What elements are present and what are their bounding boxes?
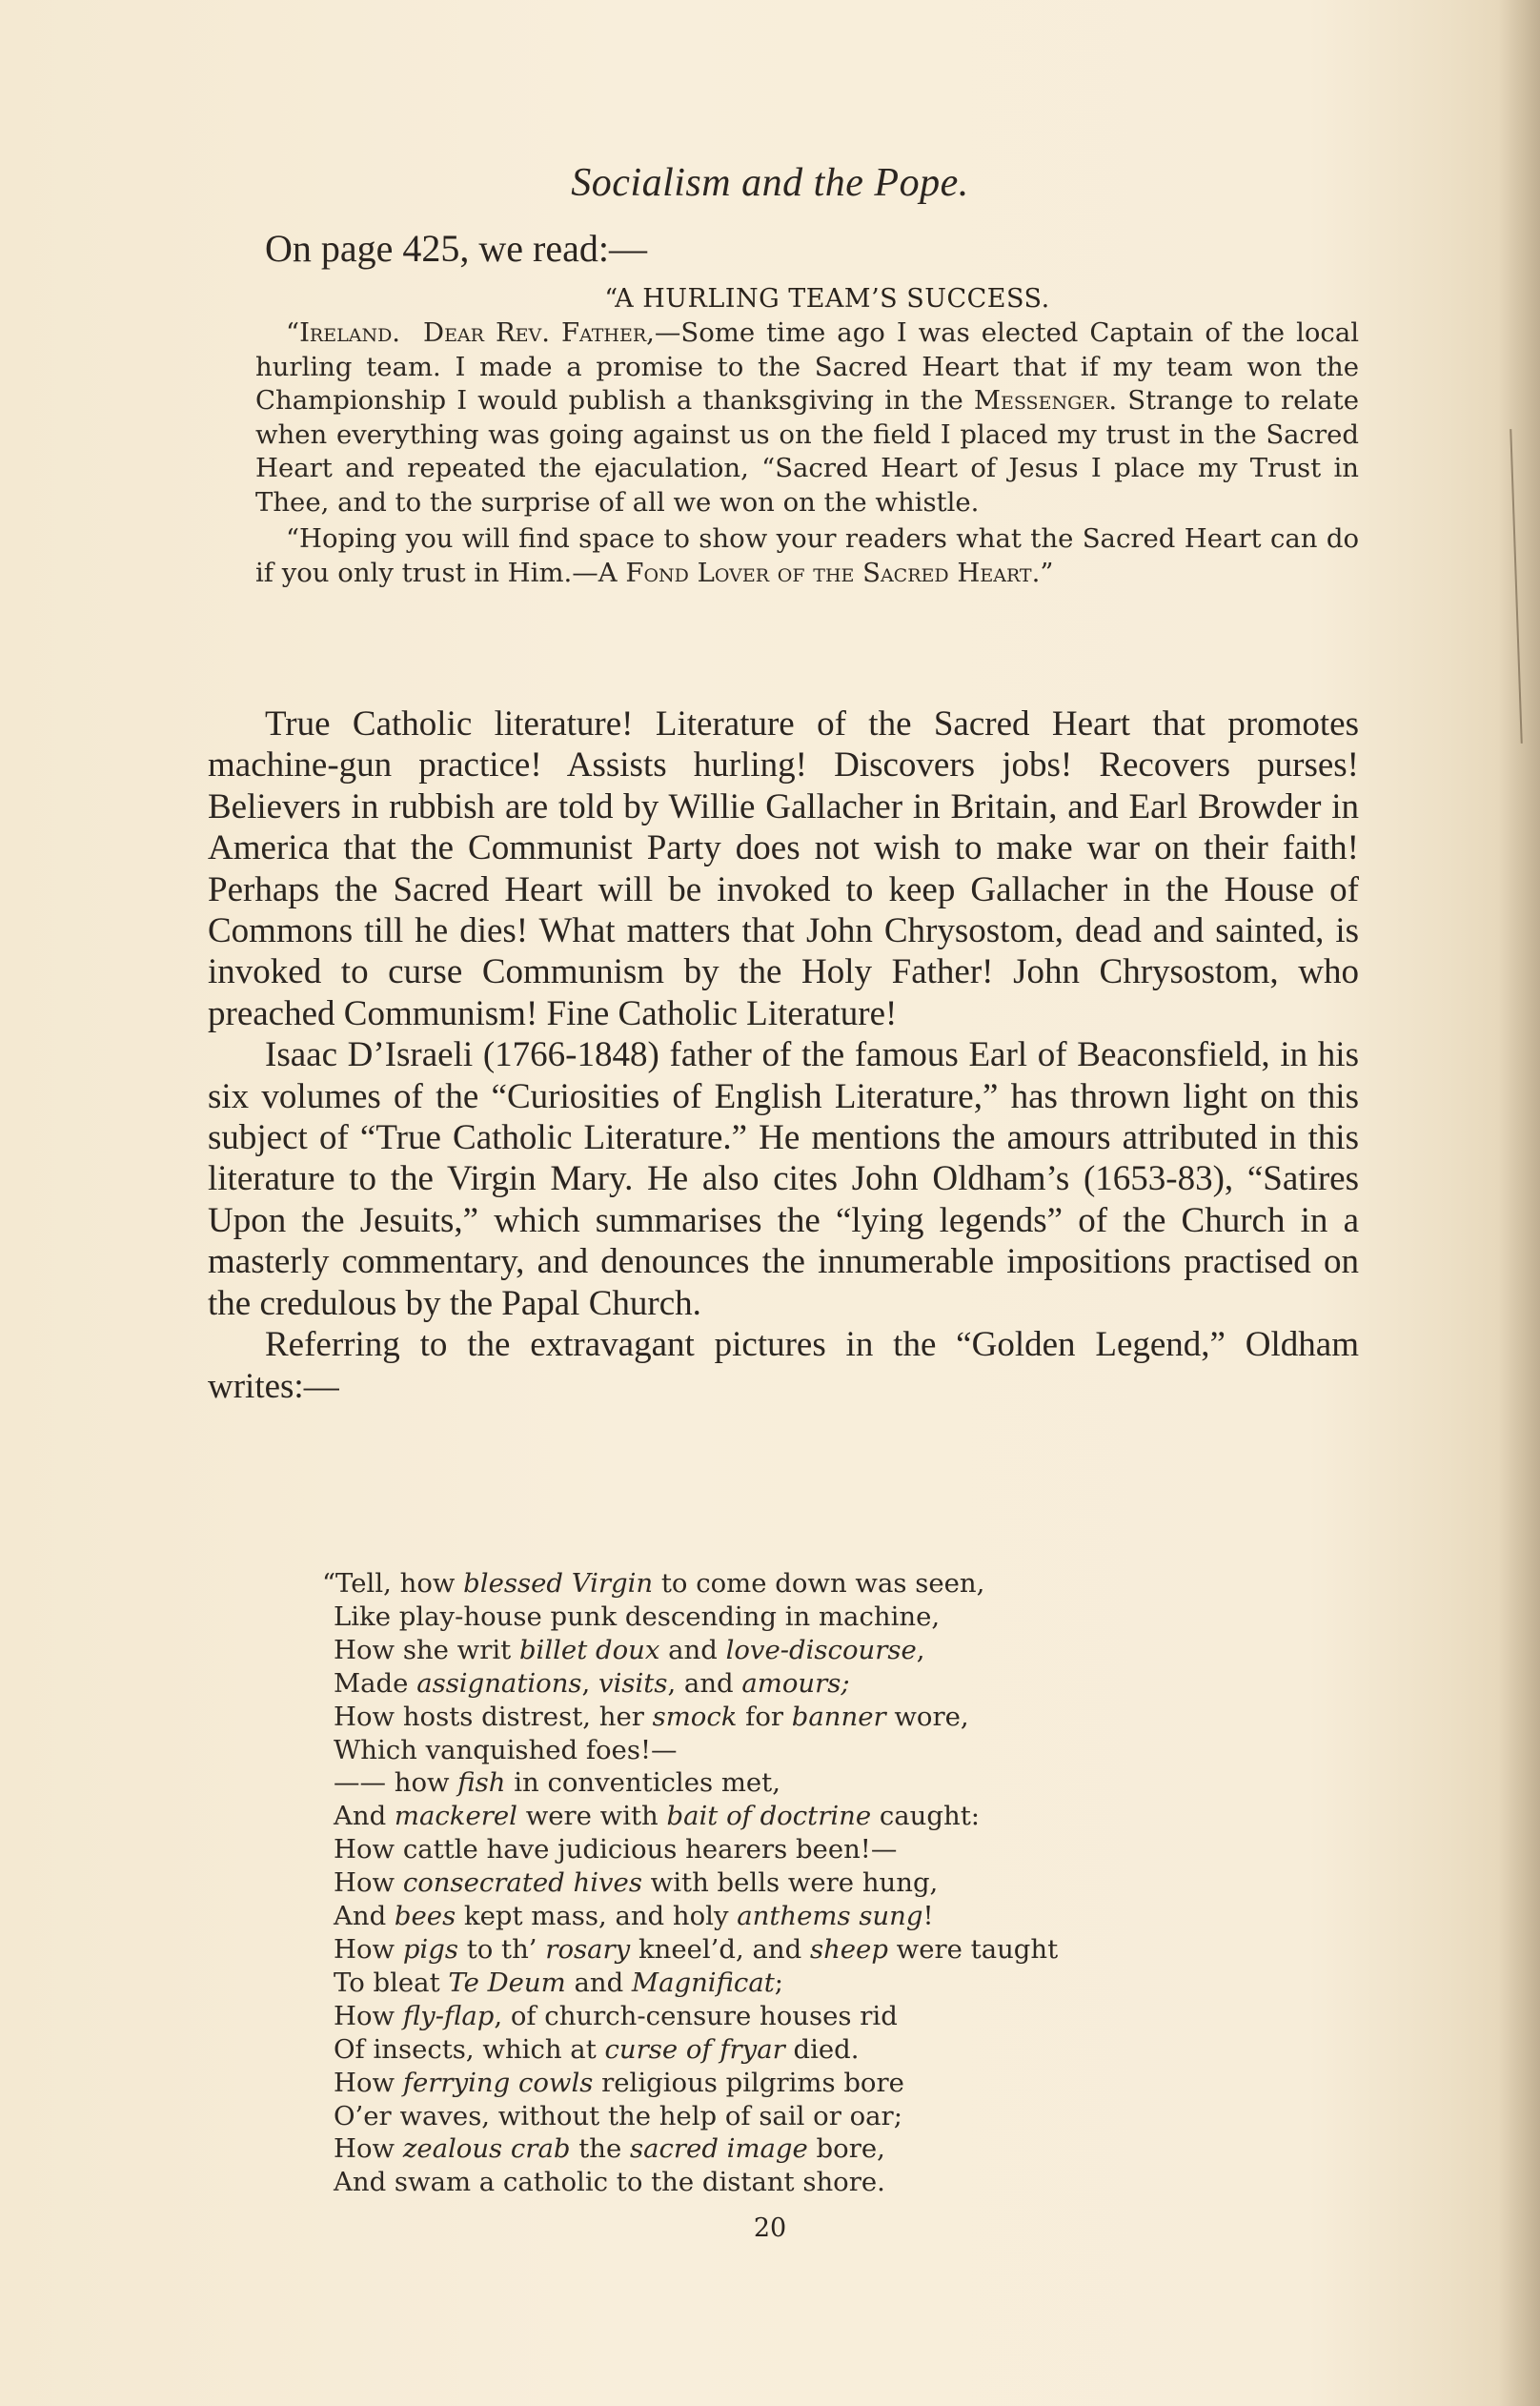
poem-italic-text: assignations <box>416 1668 581 1699</box>
body-paragraph-3: Referring to the extravagant pictures in… <box>208 1324 1359 1407</box>
poem-text: , of church-censure houses rid <box>494 2001 897 2031</box>
poem-line: —— how fish in conventicles met, <box>334 1766 1058 1800</box>
quoted-letter: “Ireland. Dear Rev. Father,—Some time ag… <box>255 316 1359 590</box>
poem-italic-text: zealous crab <box>403 2133 571 2164</box>
poem-text: , <box>582 1668 598 1699</box>
poem-line: Made assignations, visits, and amours; <box>334 1667 1058 1701</box>
poem-text: Which vanquished foes!— <box>334 1735 678 1765</box>
page-number: 20 <box>0 2213 1540 2243</box>
poem-line: Of insects, which at curse of fryar died… <box>334 2033 1058 2067</box>
poem-text: religious pilgrims bore <box>593 2068 904 2098</box>
poem-line: How zealous crab the sacred image bore, <box>334 2132 1058 2166</box>
poem-italic-text: billet doux <box>519 1635 659 1665</box>
messenger-name: Messenger. <box>974 385 1117 416</box>
poem-text: ! <box>922 1901 933 1931</box>
poem-text: were taught <box>888 1934 1058 1965</box>
poem-italic-text: love-discourse <box>726 1635 917 1665</box>
poem-text: And swam a catholic to the distant shore… <box>334 2167 885 2197</box>
poem-line: Like play-house punk descending in machi… <box>334 1601 1058 1634</box>
poem-italic-text: amours; <box>741 1668 849 1699</box>
book-page: Socialism and the Pope. On page 425, we … <box>0 0 1540 2406</box>
poem-italic-text: ferrying cowls <box>403 2068 594 2098</box>
poem-italic-text: bait of doctrine <box>667 1801 872 1831</box>
poem-italic-text: pigs <box>403 1934 458 1965</box>
poem-text: O’er waves, without the help of sail or … <box>334 2101 902 2131</box>
poem-italic-text: rosary <box>545 1934 630 1965</box>
poem-text: caught: <box>871 1801 980 1831</box>
poem-italic-text: fish <box>457 1767 505 1798</box>
poem-text: How hosts distrest, her <box>334 1702 653 1732</box>
poem-italic-text: smock <box>653 1702 738 1732</box>
poem-italic-text: sheep <box>810 1934 888 1965</box>
page-title: Socialism and the Pope. <box>0 160 1540 206</box>
poem-text: to come down was seen, <box>653 1568 984 1599</box>
poem-italic-text: bees <box>395 1901 456 1931</box>
poem-line: How cattle have judicious hearers been!— <box>334 1833 1058 1866</box>
poem-line: To bleat Te Deum and Magnificat; <box>334 1967 1058 2000</box>
poem-line: O’er waves, without the help of sail or … <box>334 2100 1058 2133</box>
poem-text: How cattle have judicious hearers been!— <box>334 1834 897 1865</box>
poem-italic-text: mackerel <box>395 1801 517 1831</box>
poem-text: How <box>334 1867 403 1898</box>
poem-line: And swam a catholic to the distant shore… <box>334 2166 1058 2199</box>
poem-line: How pigs to th’ rosary kneel’d, and shee… <box>334 1933 1058 1967</box>
poem-text: , <box>917 1635 925 1665</box>
poem-text: And <box>334 1801 395 1831</box>
poem-line: “Tell, how blessed Virgin to come down w… <box>322 1567 1058 1601</box>
body-paragraph-2: Isaac D’Israeli (1766-1848) father of th… <box>208 1034 1359 1324</box>
poem-text: to th’ <box>458 1934 545 1965</box>
poem-text: How <box>334 2068 403 2098</box>
quote-heading: “A HURLING TEAM’S SUCCESS. <box>0 284 1540 314</box>
poem-italic-text: curse of fryar <box>605 2034 785 2065</box>
poem-line: How consecrated hives with bells were hu… <box>334 1866 1058 1900</box>
body-paragraph-1: True Catholic literature! Literature of … <box>208 703 1359 1034</box>
poem-text: How she writ <box>334 1635 519 1665</box>
letter-paragraph-1: “Ireland. Dear Rev. Father,—Some time ag… <box>255 316 1359 520</box>
poem-line: How fly-flap, of church-censure houses r… <box>334 2000 1058 2033</box>
poem-text: Of insects, which at <box>334 2034 605 2065</box>
poem-text: bore, <box>808 2133 885 2164</box>
poem-text: And <box>334 1901 395 1931</box>
poem-text: for <box>737 1702 791 1732</box>
poem-text: “Tell, how <box>322 1568 463 1599</box>
poem-text: in conventicles met, <box>505 1767 780 1798</box>
poem-text: How <box>334 1934 403 1965</box>
poem-text: died. <box>785 2034 860 2065</box>
poem-italic-text: Te Deum <box>448 1968 565 1998</box>
poem-line: How she writ billet doux and love-discou… <box>334 1634 1058 1667</box>
poem-italic-text: blessed Virgin <box>463 1568 653 1599</box>
poem-line: Which vanquished foes!— <box>334 1734 1058 1767</box>
poem-text: How <box>334 2001 403 2031</box>
poem-quotation: “Tell, how blessed Virgin to come down w… <box>334 1567 1058 2199</box>
poem-italic-text: fly-flap <box>403 2001 495 2031</box>
letter-paragraph-2: “Hoping you will find space to show your… <box>255 522 1359 590</box>
poem-line: How ferrying cowls religious pilgrims bo… <box>334 2067 1058 2100</box>
poem-line: And bees kept mass, and holy anthems sun… <box>334 1900 1058 1933</box>
poem-text: ; <box>775 1968 783 1998</box>
poem-italic-text: Magnificat <box>632 1968 775 1998</box>
poem-italic-text: visits <box>598 1668 667 1699</box>
poem-text: were with <box>517 1801 667 1831</box>
poem-italic-text: banner <box>792 1702 886 1732</box>
poem-text: How <box>334 2133 403 2164</box>
body-text: True Catholic literature! Literature of … <box>208 703 1359 1407</box>
close-quote: ” <box>1040 558 1053 588</box>
poem-text: with bells were hung, <box>642 1867 938 1898</box>
poem-text: and <box>659 1635 725 1665</box>
poem-text: wore, <box>886 1702 969 1732</box>
poem-text: To bleat <box>334 1968 448 1998</box>
poem-text: —— how <box>334 1767 457 1798</box>
page-edge-shadow <box>1498 0 1540 2406</box>
poem-text: Like play-house punk descending in machi… <box>334 1601 940 1632</box>
poem-text: and <box>566 1968 632 1998</box>
letter-signature: A Fond Lover of the Sacred Heart. <box>598 558 1041 588</box>
poem-italic-text: consecrated hives <box>403 1867 642 1898</box>
poem-italic-text: anthems sung <box>737 1901 922 1931</box>
poem-text: the <box>570 2133 630 2164</box>
open-quote: “ <box>286 317 299 348</box>
letter-salutation: Dear Rev. Father, <box>423 317 655 348</box>
poem-text: , and <box>667 1668 741 1699</box>
poem-line: And mackerel were with bait of doctrine … <box>334 1800 1058 1833</box>
poem-italic-text: sacred image <box>630 2133 808 2164</box>
poem-text: kept mass, and holy <box>456 1901 737 1931</box>
poem-text: kneel’d, and <box>630 1934 810 1965</box>
poem-line: How hosts distrest, her smock for banner… <box>334 1701 1058 1734</box>
letter-place: Ireland. <box>299 317 400 348</box>
intro-line: On page 425, we read:— <box>265 226 647 271</box>
poem-text: Made <box>334 1668 416 1699</box>
